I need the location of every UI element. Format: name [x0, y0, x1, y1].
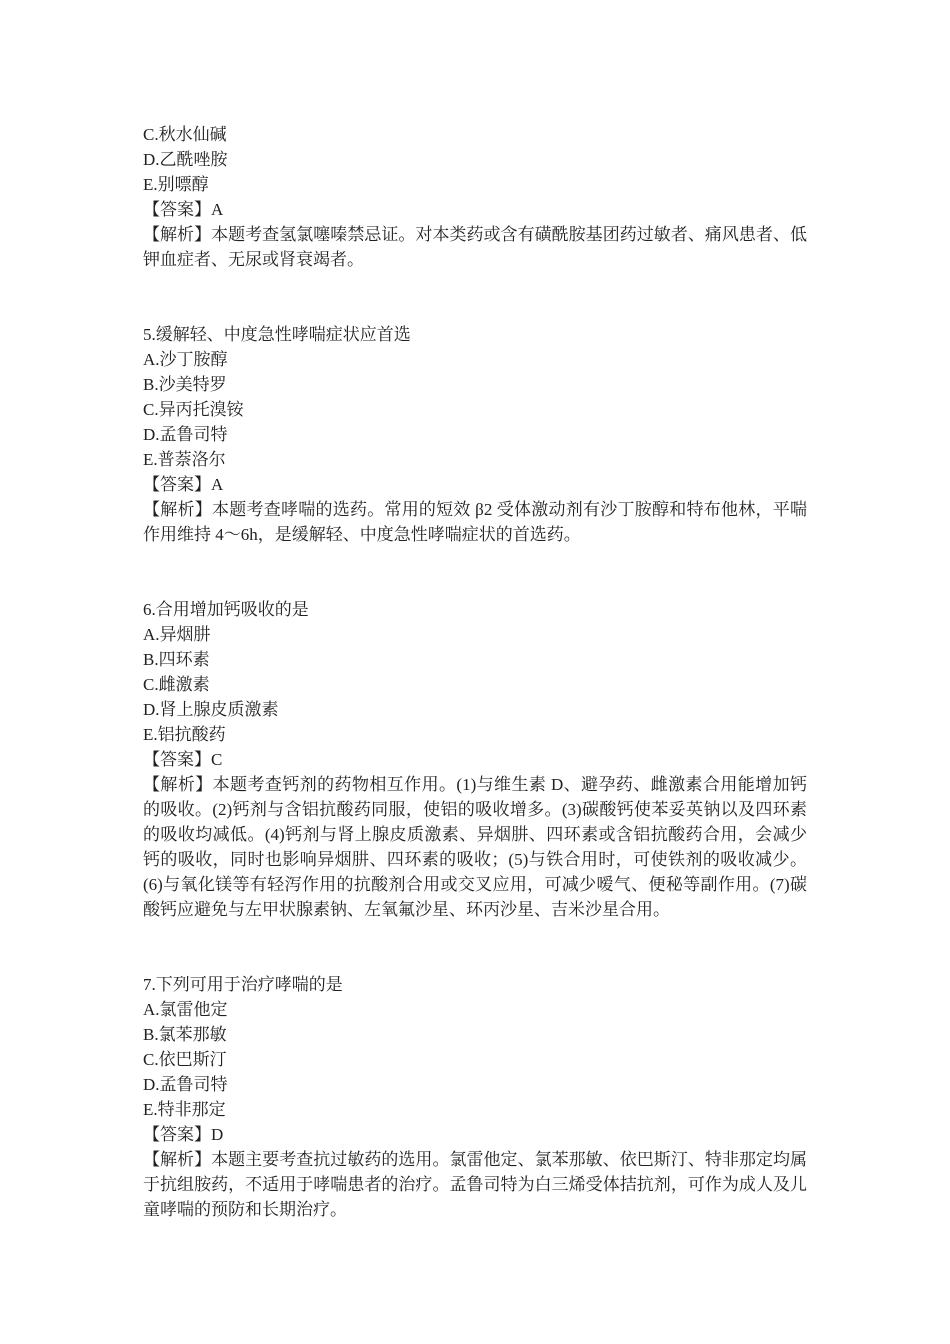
answer-line: 【答案】C	[143, 747, 807, 772]
option-line: B.氯苯那敏	[143, 1022, 807, 1047]
option-line: D.乙酰唑胺	[143, 147, 807, 172]
option-line: E.别嘌醇	[143, 172, 807, 197]
analysis-paragraph: 【解析】本题考查哮喘的选药。常用的短效 β2 受体激动剂有沙丁胺醇和特布他林，平…	[143, 497, 807, 547]
option-line: E.特非那定	[143, 1097, 807, 1122]
answer-line: 【答案】D	[143, 1122, 807, 1147]
option-line: B.沙美特罗	[143, 372, 807, 397]
option-line: C.雌激素	[143, 672, 807, 697]
analysis-paragraph: 【解析】本题考查钙剂的药物相互作用。(1)与维生素 D、避孕药、雌激素合用能增加…	[143, 772, 807, 922]
option-line: A.氯雷他定	[143, 997, 807, 1022]
question-block-7: 7.下列可用于治疗哮喘的是 A.氯雷他定 B.氯苯那敏 C.依巴斯汀 D.孟鲁司…	[143, 972, 807, 1222]
option-line: C.秋水仙碱	[143, 122, 807, 147]
analysis-paragraph: 【解析】本题考查氢氯噻嗪禁忌证。对本类药或含有磺酰胺基团药过敏者、痛风患者、低钾…	[143, 222, 807, 272]
question-block-6: 6.合用增加钙吸收的是 A.异烟肼 B.四环素 C.雌激素 D.肾上腺皮质激素 …	[143, 597, 807, 922]
option-line: B.四环素	[143, 647, 807, 672]
option-line: C.依巴斯汀	[143, 1047, 807, 1072]
question-stem: 6.合用增加钙吸收的是	[143, 597, 807, 622]
question-block-4-tail: C.秋水仙碱 D.乙酰唑胺 E.别嘌醇 【答案】A 【解析】本题考查氢氯噻嗪禁忌…	[143, 122, 807, 272]
answer-line: 【答案】A	[143, 197, 807, 222]
answer-line: 【答案】A	[143, 472, 807, 497]
option-line: E.普萘洛尔	[143, 447, 807, 472]
option-line: D.孟鲁司特	[143, 1072, 807, 1097]
option-line: D.孟鲁司特	[143, 422, 807, 447]
option-line: E.铝抗酸药	[143, 722, 807, 747]
option-line: A.沙丁胺醇	[143, 347, 807, 372]
question-stem: 7.下列可用于治疗哮喘的是	[143, 972, 807, 997]
option-line: A.异烟肼	[143, 622, 807, 647]
document-page: C.秋水仙碱 D.乙酰唑胺 E.别嘌醇 【答案】A 【解析】本题考查氢氯噻嗪禁忌…	[0, 0, 950, 1344]
analysis-paragraph: 【解析】本题主要考查抗过敏药的选用。氯雷他定、氯苯那敏、依巴斯汀、特非那定均属于…	[143, 1147, 807, 1222]
question-stem: 5.缓解轻、中度急性哮喘症状应首选	[143, 322, 807, 347]
option-line: D.肾上腺皮质激素	[143, 697, 807, 722]
option-line: C.异丙托溴铵	[143, 397, 807, 422]
question-block-5: 5.缓解轻、中度急性哮喘症状应首选 A.沙丁胺醇 B.沙美特罗 C.异丙托溴铵 …	[143, 322, 807, 547]
